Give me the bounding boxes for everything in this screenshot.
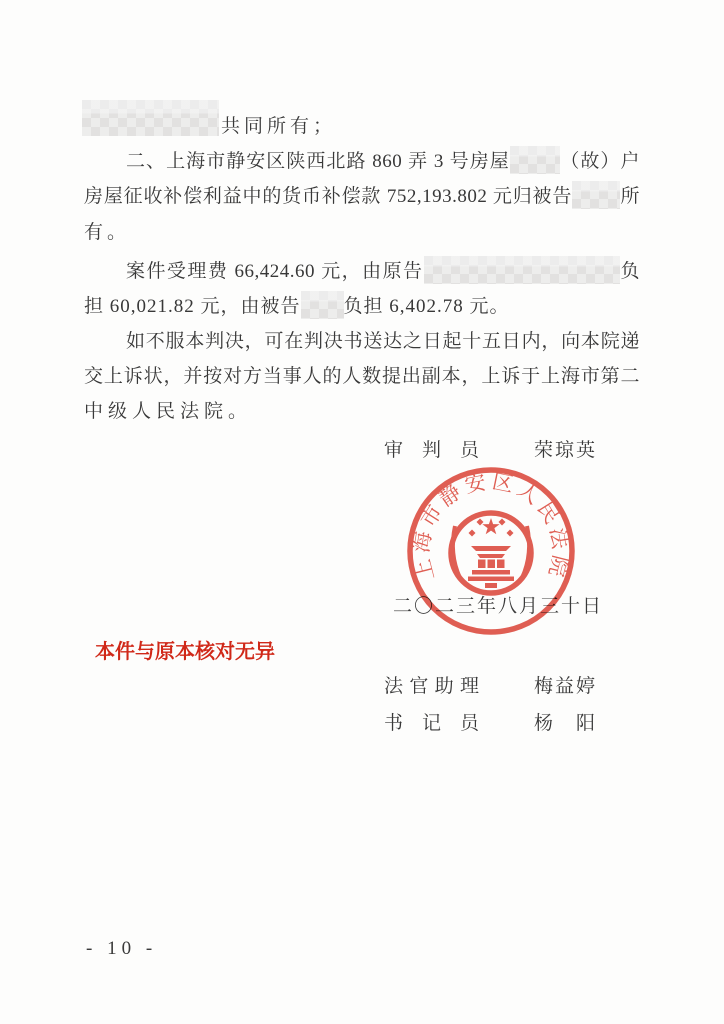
body-line: 共同所有； [221, 110, 421, 144]
assistant-signature-row: 法官助理梅益婷 [384, 672, 597, 702]
body-text: 有。 [84, 222, 130, 243]
assistant-role-label: 法官助理 [384, 672, 479, 702]
clerk-role-label: 书记员 [384, 709, 479, 739]
redaction-block [510, 146, 560, 174]
body-text: 案件受理费 66,424.60 元，由原告 [126, 261, 424, 282]
verification-stamp: 本件与原本核对无异 [95, 636, 275, 668]
body-text: 如不服本判决，可在判决书送达之日起十五日内，向本院递 [126, 331, 640, 352]
body-line: 二、上海市静安区陕西北路 860 弄 3 号房屋（故）户 [84, 145, 640, 179]
clerk-signature-row: 书记员杨 阳 [384, 709, 597, 739]
national-emblem-icon [451, 513, 531, 593]
assistant-name: 梅益婷 [534, 672, 597, 702]
body-text: 中级人民法院。 [84, 401, 252, 422]
body-line: 交上诉状，并按对方当事人的人数提出副本，上诉于上海市第二 [84, 360, 640, 394]
body-text: 交上诉状，并按对方当事人的人数提出副本，上诉于上海市第二 [84, 366, 640, 387]
body-text: 负担 6,402.78 元。 [344, 296, 510, 317]
redaction-block [424, 256, 620, 284]
body-text: 共同所有； [221, 116, 336, 137]
judge-name: 荣琼英 [534, 436, 597, 466]
body-text: 所 [620, 186, 640, 207]
court-seal: 上海市静安区人民法院 [402, 464, 580, 642]
clerk-name: 杨 阳 [534, 709, 597, 739]
body-text: 二、上海市静安区陕西北路 860 弄 3 号房屋 [126, 151, 510, 172]
body-line: 有。 [84, 216, 640, 250]
body-line: 中级人民法院。 [84, 395, 640, 429]
body-text: 负 [620, 261, 640, 282]
body-line: 房屋征收补偿利益中的货币补偿款 752,193.802 元归被告所 [84, 180, 640, 214]
judge-signature-row: 审判员荣琼英 [384, 436, 597, 466]
redaction-block [82, 100, 219, 136]
body-line: 如不服本判决，可在判决书送达之日起十五日内，向本院递 [84, 325, 640, 359]
body-line: 担 60,021.82 元，由被告负担 6,402.78 元。 [84, 290, 640, 324]
redaction-block [572, 181, 620, 209]
judge-role-label: 审判员 [384, 436, 479, 466]
body-text: 房屋征收补偿利益中的货币补偿款 752,193.802 元归被告 [84, 186, 572, 207]
page-number: - 10 - [86, 936, 157, 962]
body-text: 担 60,021.82 元，由被告 [84, 296, 301, 317]
body-text: （故）户 [560, 151, 640, 172]
redaction-block [301, 291, 344, 319]
document-page: 共同所有； 二、上海市静安区陕西北路 860 弄 3 号房屋（故）户 房屋征收补… [0, 0, 724, 1024]
body-line: 案件受理费 66,424.60 元，由原告负 [84, 255, 640, 289]
